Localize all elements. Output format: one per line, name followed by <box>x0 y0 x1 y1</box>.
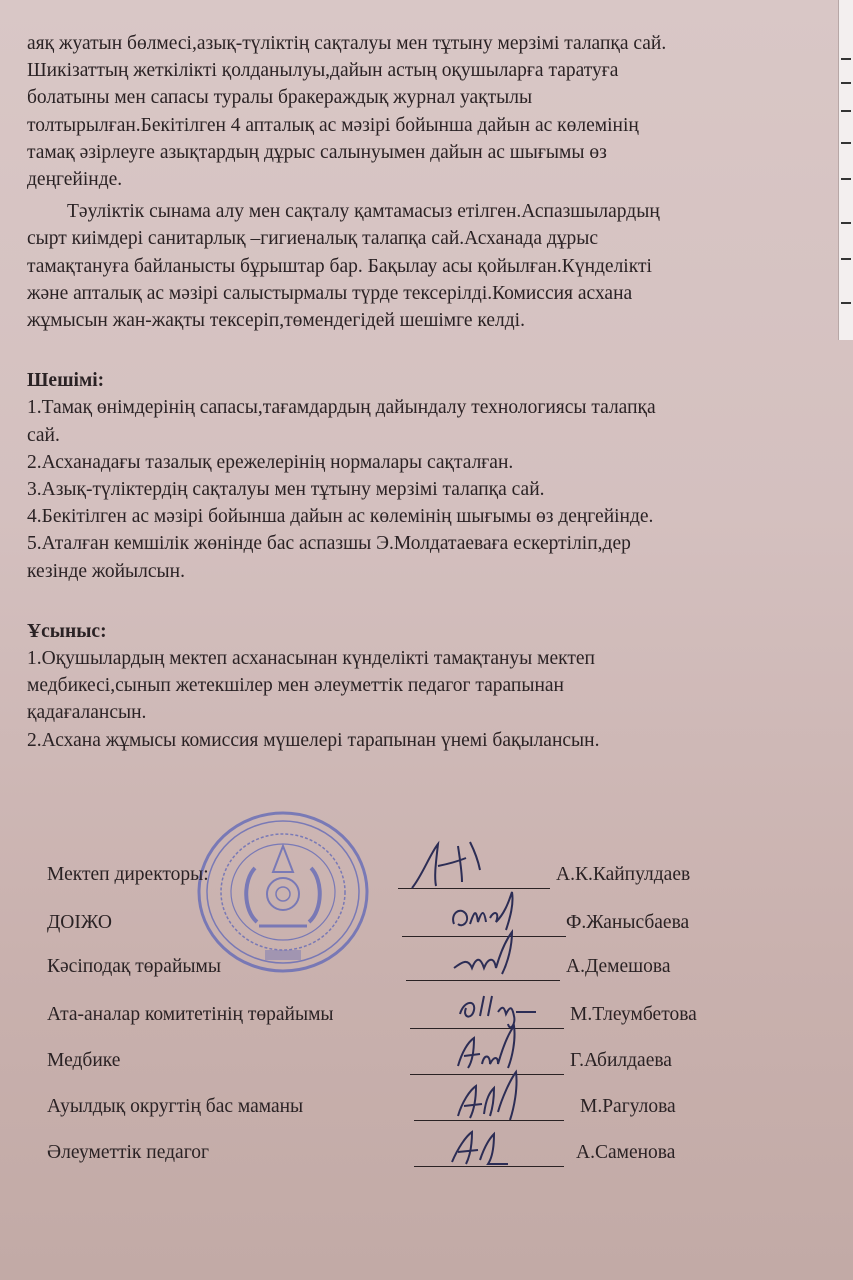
text-line: Тәуліктік сынама алу мен сақталу қамтама… <box>27 198 817 225</box>
underlying-page-edge <box>838 0 853 340</box>
signatory-role: Ата-аналар комитетінің төрайымы <box>47 1004 334 1026</box>
decision-item: 5.Аталған кемшілік жөнінде бас аспазшы Э… <box>27 530 817 584</box>
text-line: болатыны мен сапасы туралы бракераждық ж… <box>27 84 817 111</box>
signatory-name: А.Саменова <box>576 1142 675 1164</box>
second-paragraph: Тәуліктік сынама алу мен сақталу қамтама… <box>27 198 817 334</box>
signatory-name: М.Тлеумбетова <box>570 1004 697 1026</box>
decision-section: Шешімі: 1.Тамақ өнімдерінің сапасы,тағам… <box>27 367 817 585</box>
text-line: медбикесі,сынып жетекшілер мен әлеуметті… <box>27 672 817 699</box>
text-line: 4.Бекітілген ас мәзірі бойынша дайын ас … <box>27 503 817 530</box>
signature-icon <box>448 884 532 934</box>
signatory-name: Г.Абилдаева <box>570 1050 672 1072</box>
text-line: сырт киімдері санитарлық –гигиеналық тал… <box>27 225 817 252</box>
text-line: тамақ әзірлеуге азықтардың дұрыс салынуы… <box>27 139 817 166</box>
decision-item: 4.Бекітілген ас мәзірі бойынша дайын ас … <box>27 503 817 530</box>
proposal-item: 2.Асхана жұмысы комиссия мүшелері тарапы… <box>27 727 817 754</box>
text-line: толтырылған.Бекітілген 4 апталық ас мәзі… <box>27 112 817 139</box>
intro-paragraph: аяқ жуатын бөлмесі,азық-түліктің сақталу… <box>27 30 817 193</box>
signatory-row: Кәсіподақ төрайымы А.Демешова <box>0 956 853 988</box>
text-line: аяқ жуатын бөлмесі,азық-түліктің сақталу… <box>27 30 817 57</box>
signatory-role: Медбике <box>47 1050 120 1072</box>
section-title: Шешімі: <box>27 367 817 394</box>
signatory-row: Ата-аналар комитетінің төрайымы М.Тлеумб… <box>0 1004 853 1036</box>
text-line: 2.Асханадағы тазалық ережелерінің нормал… <box>27 449 817 476</box>
signature-icon <box>450 928 530 980</box>
signatory-role: Әлеуметтік педагог <box>47 1142 209 1164</box>
text-line: 1.Оқушылардың мектеп асханасынан күнделі… <box>27 645 817 672</box>
text-line: деңгейінде. <box>27 166 817 193</box>
text-line: 5.Аталған кемшілік жөнінде бас аспазшы Э… <box>27 530 817 557</box>
text-line: 1.Тамақ өнімдерінің сапасы,тағамдардың д… <box>27 394 817 421</box>
signatory-row: Медбике Г.Абилдаева <box>0 1050 853 1082</box>
text-line: және апталық ас мәзірі салыстырмалы түрд… <box>27 280 817 307</box>
signature-icon <box>448 1114 532 1172</box>
signatory-name: М.Рагулова <box>580 1096 676 1118</box>
section-title: Ұсыныс: <box>27 618 817 645</box>
proposal-item: 1.Оқушылардың мектеп асханасынан күнделі… <box>27 645 817 727</box>
signatory-name: А.К.Кайпулдаев <box>556 864 690 886</box>
signatory-role: Ауылдық округтің бас маманы <box>47 1096 303 1118</box>
document-body: аяқ жуатын бөлмесі,азық-түліктің сақталу… <box>27 30 817 754</box>
text-line: қадағалансын. <box>27 699 817 726</box>
signatory-row: Мектеп директоры: А.К.Кайпулдаев <box>0 864 853 896</box>
text-line: тамақтануға байланысты бұрыштар бар. Бақ… <box>27 253 817 280</box>
signatory-row: Ауылдық округтің бас маманы М.Рагулова <box>0 1096 853 1128</box>
decision-item: 1.Тамақ өнімдерінің сапасы,тағамдардың д… <box>27 394 817 448</box>
decision-item: 3.Азық-түліктердің сақталуы мен тұтыну м… <box>27 476 817 503</box>
text-line: 2.Асхана жұмысы комиссия мүшелері тарапы… <box>27 727 817 754</box>
text-line: 3.Азық-түліктердің сақталуы мен тұтыну м… <box>27 476 817 503</box>
signatory-role: Кәсіподақ төрайымы <box>47 956 221 978</box>
text-line: сай. <box>27 422 817 449</box>
signatory-row: Әлеуметтік педагог А.Саменова <box>0 1142 853 1174</box>
text-line: Шикізаттың жеткілікті қолданылуы,дайын а… <box>27 57 817 84</box>
text-line: кезінде жойылсын. <box>27 558 817 585</box>
signatory-name: Ф.Жанысбаева <box>566 912 689 934</box>
proposal-section: Ұсыныс: 1.Оқушылардың мектеп асханасынан… <box>27 618 817 754</box>
text-line: жұмысын жан-жақты тексеріп,төмендегідей … <box>27 307 817 334</box>
signatory-name: А.Демешова <box>566 956 671 978</box>
decision-item: 2.Асханадағы тазалық ережелерінің нормал… <box>27 449 817 476</box>
signatory-role: Мектеп директоры: <box>47 864 209 886</box>
signatory-row: ДОІЖО Ф.Жанысбаева <box>0 912 853 944</box>
signatory-role: ДОІЖО <box>47 912 112 934</box>
